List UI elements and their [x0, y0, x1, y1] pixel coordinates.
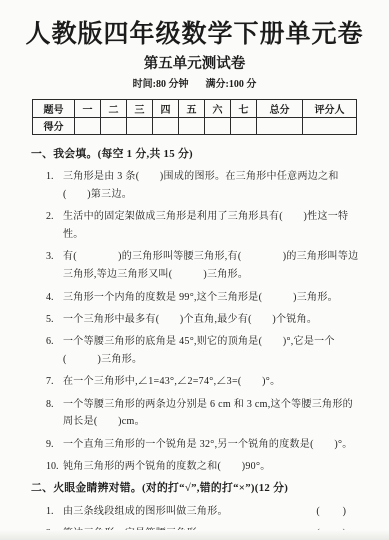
- question-text: 在一个三角形中,∠1=43°,∠2=74°,∠3=( )°。: [63, 373, 359, 391]
- score-cell-empty: [257, 117, 303, 135]
- question-number: 10.: [46, 458, 59, 476]
- score-table-header-cell: 四: [153, 100, 179, 118]
- question-row: 2.生活中的固定架做成三角形是利用了三角形具有( )性这一特性。: [31, 208, 359, 244]
- score-table-header-cell: 评分人: [303, 100, 357, 118]
- question-row: 9.一个直角三角形的一个锐角是 32°,另一个锐角的度数是( )°。: [31, 436, 359, 454]
- exam-full-score: 满分:100 分: [206, 79, 257, 91]
- score-table-header-cell: 五: [179, 100, 205, 118]
- question-text: 一个直角三角形的一个锐角是 32°,另一个锐角的度数是( )°。: [63, 436, 359, 454]
- page-subtitle: 第五单元测试卷: [0, 55, 389, 73]
- question-text: 有( )的三角形叫等腰三角形,有( )的三角形叫等边三角形,等边三角形又叫( )…: [63, 248, 359, 284]
- question-row: 4.三角形一个内角的度数是 99°,这个三角形是( )三角形。: [31, 289, 359, 307]
- score-cell-empty: [127, 117, 153, 135]
- question-row: 3.有( )的三角形叫等腰三角形,有( )的三角形叫等边三角形,等边三角形又叫(…: [31, 248, 359, 284]
- score-table-header-cell: 二: [101, 100, 127, 118]
- scan-shadow: [0, 530, 389, 540]
- question-text: 一个等腰三角形的底角是 45°,则它的顶角是( )°,它是一个( )三角形。: [63, 333, 359, 369]
- question-number: 6.: [46, 333, 59, 351]
- question-row: 5.一个三角形中最多有( )个直角,最少有( )个锐角。: [31, 311, 359, 329]
- score-table-header-row: 题号 一 二 三 四 五 六 七 总分 评分人: [33, 100, 357, 118]
- question-row: 1.由三条线段组成的图形叫做三角形。( ): [31, 503, 359, 521]
- score-table-header-cell: 七: [231, 100, 257, 118]
- question-number: 7.: [46, 373, 59, 391]
- score-table-header-cell: 一: [75, 100, 101, 118]
- answer-bracket: ( ): [316, 503, 347, 521]
- score-table-header-cell: 三: [127, 100, 153, 118]
- section-heading: 二、火眼金睛辨对错。(对的打“√”,错的打“×”)(12 分): [31, 480, 359, 498]
- question-text: 生活中的固定架做成三角形是利用了三角形具有( )性这一特性。: [63, 208, 359, 244]
- question-number: 1.: [46, 503, 59, 521]
- test-paper-page: 人教版四年级数学下册单元卷 第五单元测试卷 时间:80 分钟 满分:100 分 …: [0, 18, 389, 540]
- question-number: 8.: [46, 396, 59, 414]
- score-table-score-row: 得分: [33, 117, 357, 135]
- question-row: 10.钝角三角形的两个锐角的度数之和( )90°。: [31, 458, 359, 476]
- score-cell-empty: [303, 117, 357, 135]
- exam-time: 时间:80 分钟: [133, 79, 189, 91]
- score-row-label: 得分: [33, 117, 75, 135]
- question-text: 三角形是由 3 条( )围成的图形。在三角形中任意两边之和( )第三边。: [63, 168, 359, 204]
- question-text: 钝角三角形的两个锐角的度数之和( )90°。: [63, 458, 359, 476]
- question-number: 2.: [46, 208, 59, 226]
- question-row: 1.三角形是由 3 条( )围成的图形。在三角形中任意两边之和( )第三边。: [31, 168, 359, 204]
- question-number: 9.: [46, 436, 59, 454]
- question-number: 1.: [46, 168, 59, 186]
- score-cell-empty: [101, 117, 127, 135]
- question-row: 6.一个等腰三角形的底角是 45°,则它的顶角是( )°,它是一个( )三角形。: [31, 333, 359, 369]
- page-title: 人教版四年级数学下册单元卷: [0, 18, 389, 51]
- question-text: 一个三角形中最多有( )个直角,最少有( )个锐角。: [63, 311, 359, 329]
- question-text: 三角形一个内角的度数是 99°,这个三角形是( )三角形。: [63, 289, 359, 307]
- question-text: 一个等腰三角形的两条边分别是 6 cm 和 3 cm,这个等腰三角形的周长是( …: [63, 396, 359, 432]
- exam-info: 时间:80 分钟 满分:100 分: [0, 79, 389, 91]
- question-row: 8.一个等腰三角形的两条边分别是 6 cm 和 3 cm,这个等腰三角形的周长是…: [31, 396, 359, 432]
- score-cell-empty: [75, 117, 101, 135]
- question-text: 由三条线段组成的图形叫做三角形。: [63, 503, 308, 521]
- score-cell-empty: [179, 117, 205, 135]
- question-number: 4.: [46, 289, 59, 307]
- score-table: 题号 一 二 三 四 五 六 七 总分 评分人 得分: [32, 99, 357, 135]
- section-heading: 一、我会填。(每空 1 分,共 15 分): [31, 146, 359, 164]
- content: 一、我会填。(每空 1 分,共 15 分)1.三角形是由 3 条( )围成的图形…: [31, 146, 359, 540]
- score-table-header-cell: 总分: [257, 100, 303, 118]
- score-cell-empty: [153, 117, 179, 135]
- question-row: 7.在一个三角形中,∠1=43°,∠2=74°,∠3=( )°。: [31, 373, 359, 391]
- score-cell-empty: [231, 117, 257, 135]
- score-cell-empty: [205, 117, 231, 135]
- score-table-header-cell: 六: [205, 100, 231, 118]
- question-number: 5.: [46, 311, 59, 329]
- question-number: 3.: [46, 248, 59, 266]
- score-table-header-cell: 题号: [33, 100, 75, 118]
